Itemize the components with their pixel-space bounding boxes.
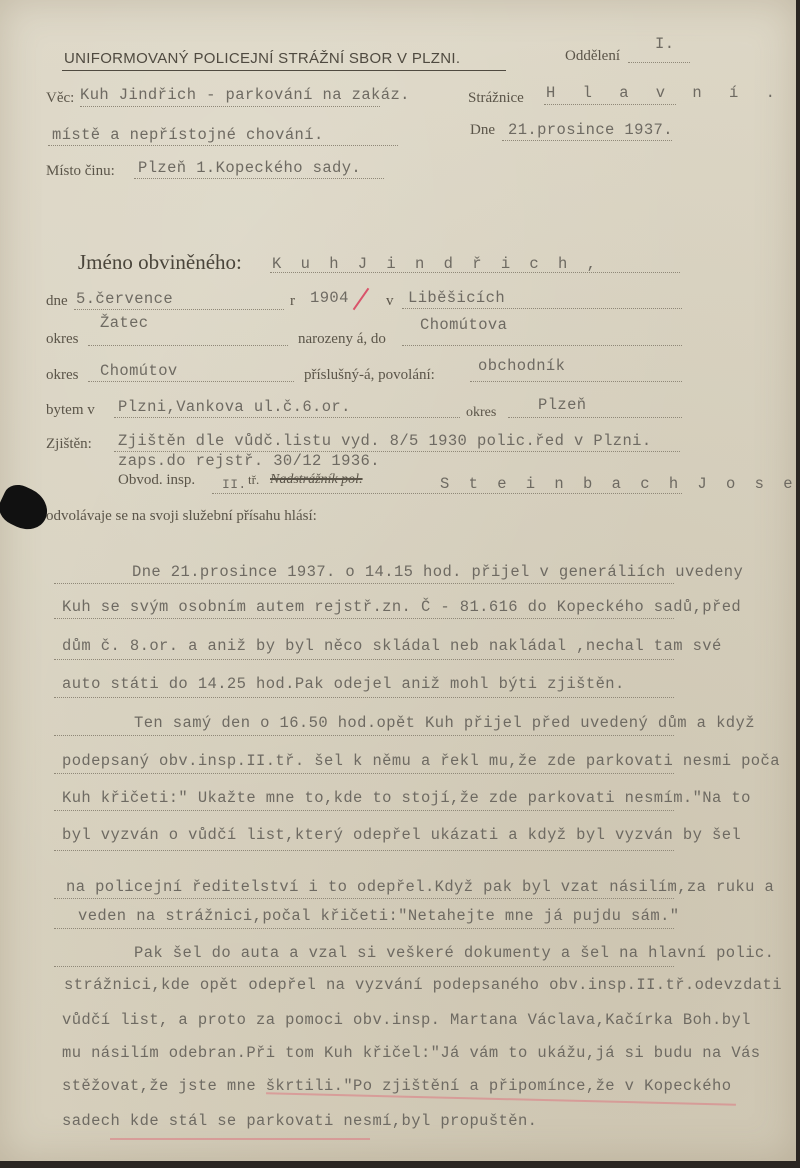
subject-dotline-2 [48,145,398,146]
born-to-dotline [402,345,682,346]
report-line-8: byl vyzván o vůdčí list,který odepřel uk… [62,826,741,844]
report-line-7: Kuh křičeti:" Ukažte mne to,kde to stojí… [62,789,751,807]
department-dotline [628,62,690,63]
report-dotline [54,810,674,811]
district1-label: okres [46,331,79,348]
date-label: Dne [470,122,495,139]
report-line-11: Pak šel do auta a vzal si veškeré dokume… [134,944,774,962]
born-day-label: dne [46,293,68,310]
department-label: Oddělení [565,48,620,65]
report-line-2: Kuh se svým osobním autem rejstř.zn. Č -… [62,598,741,616]
place-dotline [134,178,384,179]
officer-rank-struck: Nadstrážník pol. [270,472,363,488]
report-line-14: mu násilím odebran.Při tom Kuh křičel:"J… [62,1044,761,1062]
station-label: Strážnice [468,90,524,107]
officer-label: Obvod. insp. [118,472,195,489]
report-line-12: strážnici,kde opět odepřel na vyzvání po… [64,976,782,994]
district3-value: Plzeň [538,396,587,414]
report-line-1: Dne 21.prosince 1937. o 14.15 hod. přije… [132,563,743,581]
officer-dotline [212,493,682,494]
born-day-value: 5.července [76,290,173,308]
oath-text: odvolávaje se na svoji služební přísahu … [46,508,317,525]
report-dotline [54,618,674,619]
occupation-dotline [470,381,682,382]
district2-label: okres [46,367,79,384]
birthplace-dotline [402,308,682,309]
report-dotline [54,659,674,660]
station-dotline [544,104,676,105]
agency-title: UNIFORMOVANÝ POLICEJNÍ STRÁŽNÍ SBOR V PL… [64,50,460,67]
occupation-label: příslušný-á, povolání: [304,367,435,384]
year-value: 1904 [310,289,349,307]
identified-line-2: zaps.do rejstř. 30/12 1936. [118,452,380,470]
report-dotline [54,583,674,584]
date-value: 21.prosince 1937. [508,121,673,139]
report-dotline [54,928,674,929]
officer-class-suffix: tř. [248,472,259,488]
report-line-6: podepsaný obv.insp.II.tř. šel k němu a ř… [62,752,780,770]
residence-dotline [114,417,460,418]
red-underline-2 [110,1138,370,1140]
born-day-dotline [74,309,284,310]
report-dotline [54,898,674,899]
district2-value: Chomútov [100,362,178,380]
subject-line-1: Kuh Jindřich - parkování na zakáz. [80,86,410,104]
report-line-4: auto státi do 14.25 hod.Pak odejel aniž … [62,675,625,693]
district1-dotline [88,345,288,346]
report-line-3: dům č. 8.or. a aniž by byl něco skládal … [62,637,722,655]
report-line-16: sadech kde stál se parkovati nesmí,byl p… [62,1112,537,1130]
born-to-value: Chomútova [420,316,507,334]
identified-label: Zjištěn: [46,436,92,453]
identified-line-1: Zjištěn dle vůdč.listu vyd. 8/5 1930 pol… [118,432,652,450]
birthplace-label: v [386,293,394,310]
district1-value: Žatec [100,314,149,332]
station-value: H l a v n í . [546,84,784,102]
subject-label: Věc: [46,90,74,107]
scan-edge-bottom [0,1161,800,1168]
report-dotline [54,697,674,698]
report-line-13: vůdčí list, a proto za pomoci obv.insp. … [62,1011,751,1029]
report-line-10: veden na strážnici,počal křičeti:"Netahe… [78,907,680,925]
place-value: Plzeň 1.Kopeckého sady. [138,159,361,177]
place-label: Místo činu: [46,163,115,180]
district3-label: okres [466,405,496,421]
red-pencil-mark [353,288,370,310]
date-dotline [502,140,672,141]
officer-class: II. [222,477,247,492]
report-dotline [54,773,674,774]
report-line-5: Ten samý den o 16.50 hod.opět Kuh přijel… [134,714,755,732]
year-label: r [290,293,295,310]
district3-dotline [508,417,682,418]
agency-underline [62,70,506,71]
accused-name-value: K u h J i n d ř i c h , [272,255,601,273]
residence-label: bytem v [46,402,95,419]
subject-dotline-1 [80,106,380,107]
birthplace-value: Liběšicích [408,289,505,307]
report-dotline [54,966,674,967]
report-line-15: stěžovat,že jste mne škrtili."Po zjištěn… [62,1077,731,1095]
subject-line-2: místě a nepřístojné chování. [52,126,324,144]
accused-name-label: Jméno obviněného: [78,250,242,275]
residence-value: Plzni,Vankova ul.č.6.or. [118,398,351,416]
officer-name: S t e i n b a c h J o s e f, [440,475,800,493]
accused-name-dotline [270,272,680,273]
district2-dotline [88,381,294,382]
born-to-label: narozeny á, do [298,331,386,348]
department-value: I. [655,35,674,53]
report-line-9: na policejní ředitelství i to odepřel.Kd… [66,878,774,896]
occupation-value: obchodník [478,357,565,375]
report-dotline [54,735,674,736]
document-page: UNIFORMOVANÝ POLICEJNÍ STRÁŽNÍ SBOR V PL… [0,0,796,1161]
scan-edge-right [796,0,800,1168]
report-dotline [54,850,674,851]
